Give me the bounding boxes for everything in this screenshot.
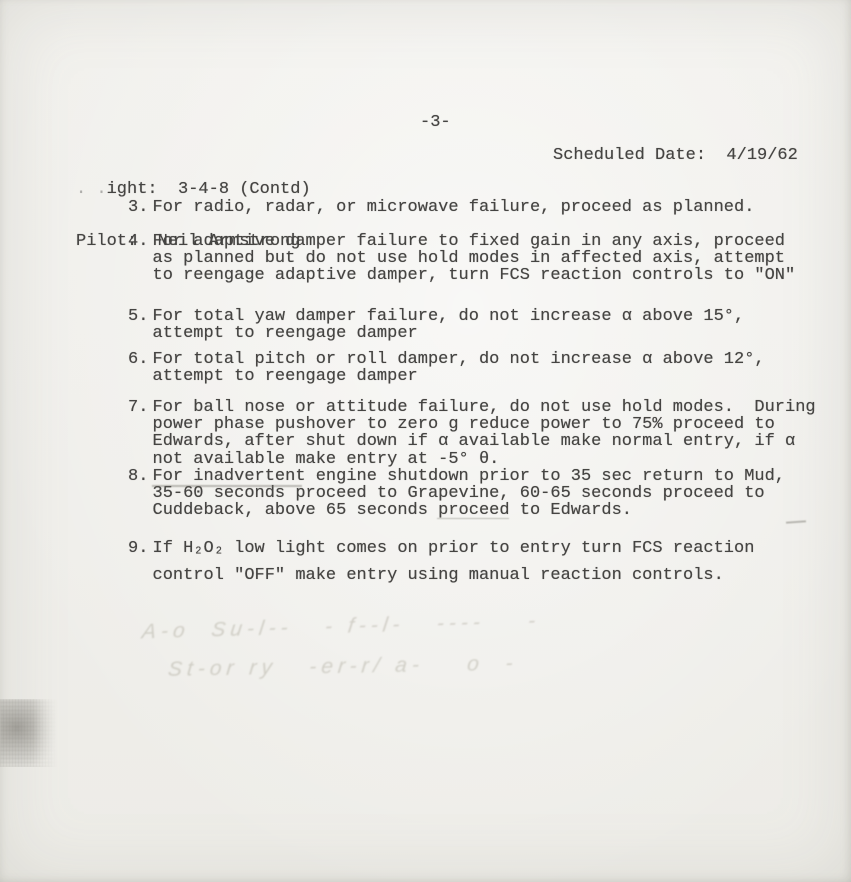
handwriting-line-2: St-or ry -er-r/ a- o - <box>167 655 518 678</box>
item-number: 7. <box>128 399 153 416</box>
handwriting-line-1: A-o Su-l-- - f--l- ---- - <box>141 612 541 640</box>
item-text: For radio, radar, or microwave failure, … <box>153 199 755 216</box>
flight-label: ight: 3-4-8 (Contd) <box>107 180 311 199</box>
list-item-3: 3. For radio, radar, or microwave failur… <box>128 199 754 216</box>
item-number: 8. <box>128 468 153 485</box>
flight-line: . .ight: 3-4-8 (Contd) <box>76 181 311 198</box>
item-text: For ball nose or attitude failure, do no… <box>153 399 816 468</box>
scanned-document-page: -3- . .ight: 3-4-8 (Contd) Pilot: Neil A… <box>0 0 851 882</box>
item-text: For adaptive damper failure to fixed gai… <box>153 233 796 285</box>
list-item-4: 4. For adaptive damper failure to fixed … <box>128 233 795 285</box>
list-item-8: 8. For inadvertent engine shutdown prior… <box>128 468 785 520</box>
item-number: 6. <box>128 351 153 368</box>
scan-smudge-artifact <box>0 699 60 767</box>
item-text: For total pitch or roll damper, do not i… <box>153 351 765 385</box>
pencil-underline-inadvertent <box>152 485 302 487</box>
flight-label-faded: . . <box>76 180 107 199</box>
item-number: 4. <box>128 233 153 250</box>
list-item-9: 9. If H₂O₂ low light comes on prior to e… <box>128 535 754 589</box>
item-text: For total yaw damper failure, do not inc… <box>153 308 745 342</box>
pencil-underline-proceed <box>437 518 509 519</box>
pencil-dash-after-edwards <box>786 520 806 523</box>
item-number: 5. <box>128 308 153 325</box>
item-number: 9. <box>128 535 153 562</box>
list-item-6: 6. For total pitch or roll damper, do no… <box>128 351 765 385</box>
item-text: For inadvertent engine shutdown prior to… <box>153 468 786 520</box>
list-item-5: 5. For total yaw damper failure, do not … <box>128 308 744 342</box>
scheduled-date: Scheduled Date: 4/19/62 <box>553 147 798 164</box>
list-item-7: 7. For ball nose or attitude failure, do… <box>128 399 816 468</box>
item-number: 3. <box>128 199 153 216</box>
page-number: -3- <box>420 114 451 131</box>
item-text: If H₂O₂ low light comes on prior to entr… <box>153 535 755 589</box>
